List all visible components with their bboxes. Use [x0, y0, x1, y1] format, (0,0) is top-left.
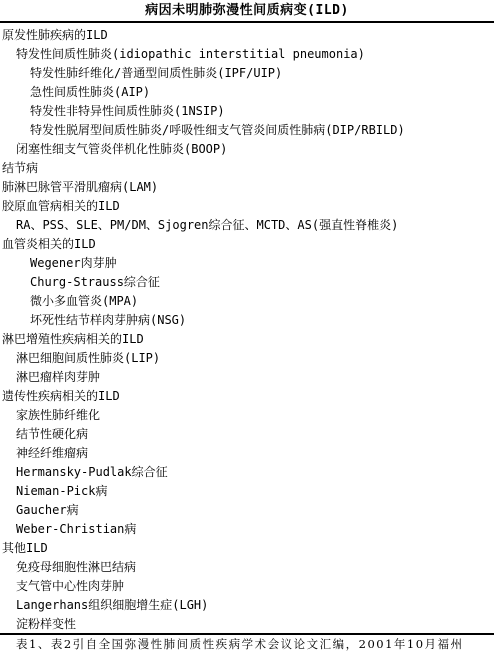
list-item: 微小多血管炎(MPA): [2, 292, 492, 311]
list-item: 神经纤维瘤病: [2, 444, 492, 463]
list-item: 闭塞性细支气管炎伴机化性肺炎(BOOP): [2, 140, 492, 159]
list-item: 急性间质性肺炎(AIP): [2, 83, 492, 102]
list-item: 结节病: [2, 159, 492, 178]
list-item: 特发性非特异性间质性肺炎(1NSIP): [2, 102, 492, 121]
list-item: 其他ILD: [2, 539, 492, 558]
table-title: 病因未明肺弥漫性间质病变(ILD): [0, 2, 494, 20]
bottom-rule-divider: [0, 633, 494, 635]
list-item: 遗传性疾病相关的ILD: [2, 387, 492, 406]
list-item: 支气管中心性肉芽肿: [2, 577, 492, 596]
list-item: Gaucher病: [2, 501, 492, 520]
list-item: Wegener肉芽肿: [2, 254, 492, 273]
list-item: 特发性间质性肺炎(idiopathic interstitial pneumon…: [2, 45, 492, 64]
list-item: 免疫母细胞性淋巴结病: [2, 558, 492, 577]
top-rule-divider: [0, 21, 494, 23]
list-item: 淋巴瘤样肉芽肿: [2, 368, 492, 387]
list-item: Weber-Christian病: [2, 520, 492, 539]
list-item: 淋巴增殖性疾病相关的ILD: [2, 330, 492, 349]
disease-classification-list: 原发性肺疾病的ILD 特发性间质性肺炎(idiopathic interstit…: [2, 26, 492, 634]
list-item: 淋巴细胞间质性肺炎(LIP): [2, 349, 492, 368]
list-item: 淀粉样变性: [2, 615, 492, 634]
list-item: 特发性肺纤维化/普通型间质性肺炎(IPF/UIP): [2, 64, 492, 83]
list-item: Hermansky-Pudlak综合征: [2, 463, 492, 482]
list-item: 坏死性结节样肉芽肿病(NSG): [2, 311, 492, 330]
list-item: 家族性肺纤维化: [2, 406, 492, 425]
list-item: 结节性硬化病: [2, 425, 492, 444]
list-item: 原发性肺疾病的ILD: [2, 26, 492, 45]
list-item: 胶原血管病相关的ILD: [2, 197, 492, 216]
list-item: RA、PSS、SLE、PM/DM、Sjogren综合征、MCTD、AS(强直性脊…: [2, 216, 492, 235]
list-item: 肺淋巴脉管平滑肌瘤病(LAM): [2, 178, 492, 197]
source-footnote: 表1、表2引自全国弥漫性肺间质性疾病学术会议论文汇编，2001年10月福州: [16, 636, 464, 653]
list-item: Churg-Strauss综合征: [2, 273, 492, 292]
list-item: Langerhans组织细胞增生症(LGH): [2, 596, 492, 615]
list-item: 特发性脱屑型间质性肺炎/呼吸性细支气管炎间质性肺病(DIP/RBILD): [2, 121, 492, 140]
list-item: Nieman-Pick病: [2, 482, 492, 501]
list-item: 血管炎相关的ILD: [2, 235, 492, 254]
